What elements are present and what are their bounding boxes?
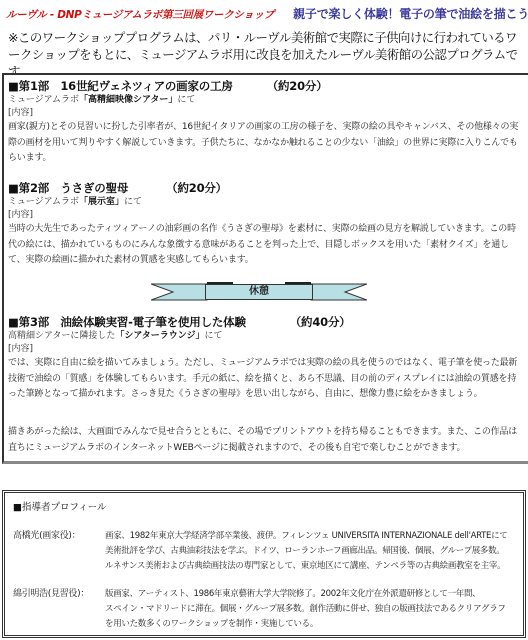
bio-line: 画家、1982年東京大学経済学部卒業後、渡伊。フィレンツェ UNIVERSITA… <box>105 529 523 544</box>
content-label: [内容] <box>8 343 523 356</box>
section-body: 画家(親方)とその見習いに扮した引率者が、16世紀イタリアの画家の工房の様子を、… <box>8 120 523 167</box>
venue-suffix: にて <box>124 197 142 207</box>
venue-name: 「展示室」 <box>79 197 124 207</box>
program-box: ■第1部 16世紀ヴェネツィアの画家の工房（約20分） ミュージアムラボ「高精細… <box>2 73 528 464</box>
content-label: [内容] <box>8 107 523 120</box>
person-name: 綿引明浩(見習役)： <box>13 587 89 602</box>
section-venue: ミュージアムラボ「高精細映像シアター」にて <box>8 94 523 107</box>
venue-prefix: ミュージアムラボ <box>8 95 79 105</box>
venue-prefix: 高精細シアターに隣接した <box>8 331 115 341</box>
section-1: ■第1部 16世紀ヴェネツィアの画家の工房（約20分） ミュージアムラボ「高精細… <box>8 79 523 167</box>
section-body: では、実際に自由に絵を描いてみましょう。ただし、ミュージアムラボでは実際の絵の具… <box>8 356 523 403</box>
section-title-text: ■第1部 16世紀ヴェネツィアの画家の工房 <box>8 79 233 93</box>
person-bio: 版画家、アーティスト、1986年東京藝術大学大学院修了。2002年文化庁在外派遣… <box>105 587 523 632</box>
header-tagline: 親子で楽しく体験！電子の筆で油絵を描こう！ <box>293 7 528 21</box>
person-name: 高橋光(画家役)： <box>13 529 80 544</box>
bio-line: スペイン・マドリードに滞在。個展・グループ展多数。創作活動に併せ、独自の版画技法… <box>105 602 523 617</box>
closing-text: 描きあがった絵は、大画面でみんなで見せ合うとともに、その場でプリントアウトを持ち… <box>8 425 523 456</box>
venue-name: 「シアターラウンジ」 <box>115 331 204 341</box>
break-label: 休憩 <box>205 284 313 300</box>
section-duration: （約20分） <box>166 181 227 195</box>
profile-person-1: 高橋光(画家役)： 画家、1982年東京大学経済学部卒業後、渡伊。フィレンツェ … <box>13 529 523 577</box>
section-2: ■第2部 うさぎの聖母（約20分） ミュージアムラボ「展示室」にて [内容] 当… <box>8 181 523 269</box>
bio-line: を用いた数多くのワークショップを制作・実施している。 <box>105 617 523 632</box>
profile-person-2: 綿引明浩(見習役)： 版画家、アーティスト、1986年東京藝術大学大学院修了。2… <box>13 587 523 635</box>
profile-box: ■指導者プロフィール 高橋光(画家役)： 画家、1982年東京大学経済学部卒業後… <box>2 490 526 638</box>
section-3: ■第3部 油絵体験実習-電子筆を使用した体験（約40分） 高精細シアターに隣接し… <box>8 315 523 403</box>
break-banner: 休憩 <box>151 281 367 303</box>
section-title: ■第2部 うさぎの聖母（約20分） <box>8 181 523 196</box>
section-duration: （約20分） <box>267 79 328 93</box>
venue-suffix: にて <box>205 331 223 341</box>
page-header: ルーヴル - DNPミュージアムラボ第三回展ワークショップ 親子で楽しく体験！電… <box>6 3 526 19</box>
section-body: 当時の大先生であったティツィアーノの油彩画の名作《うさぎの聖母》を素材に、実際の… <box>8 222 523 269</box>
venue-prefix: ミュージアムラボ <box>8 197 79 207</box>
venue-suffix: にて <box>177 95 195 105</box>
section-venue: 高精細シアターに隣接した「シアターラウンジ」にて <box>8 330 523 343</box>
bio-line: 版画家、アーティスト、1986年東京藝術大学大学院修了。2002年文化庁在外派遣… <box>105 587 523 602</box>
section-title: ■第1部 16世紀ヴェネツィアの画家の工房（約20分） <box>8 79 523 94</box>
section-title: ■第3部 油絵体験実習-電子筆を使用した体験（約40分） <box>8 315 523 330</box>
bio-line: ルネサンス美術および古典絵画技法の専門家として、東京地区にて講座、テンペラ等の古… <box>105 559 523 574</box>
section-duration: （約40分） <box>290 315 351 329</box>
profile-title: ■指導者プロフィール <box>13 499 107 513</box>
section-venue: ミュージアムラボ「展示室」にて <box>8 196 523 209</box>
venue-name: 「高精細映像シアター」 <box>79 95 177 105</box>
section-title-text: ■第2部 うさぎの聖母 <box>8 181 128 195</box>
person-bio: 画家、1982年東京大学経済学部卒業後、渡伊。フィレンツェ UNIVERSITA… <box>105 529 523 574</box>
header-title: ルーヴル - DNPミュージアムラボ第三回展ワークショップ <box>6 9 274 21</box>
content-label: [内容] <box>8 209 523 222</box>
bio-line: 美術批評を学び、古典油彩技法を学ぶ。ドイツ、ローランホーフ画廊出品。帰国後、個展… <box>105 544 523 559</box>
section-title-text: ■第3部 油絵体験実習-電子筆を使用した体験 <box>8 315 246 329</box>
